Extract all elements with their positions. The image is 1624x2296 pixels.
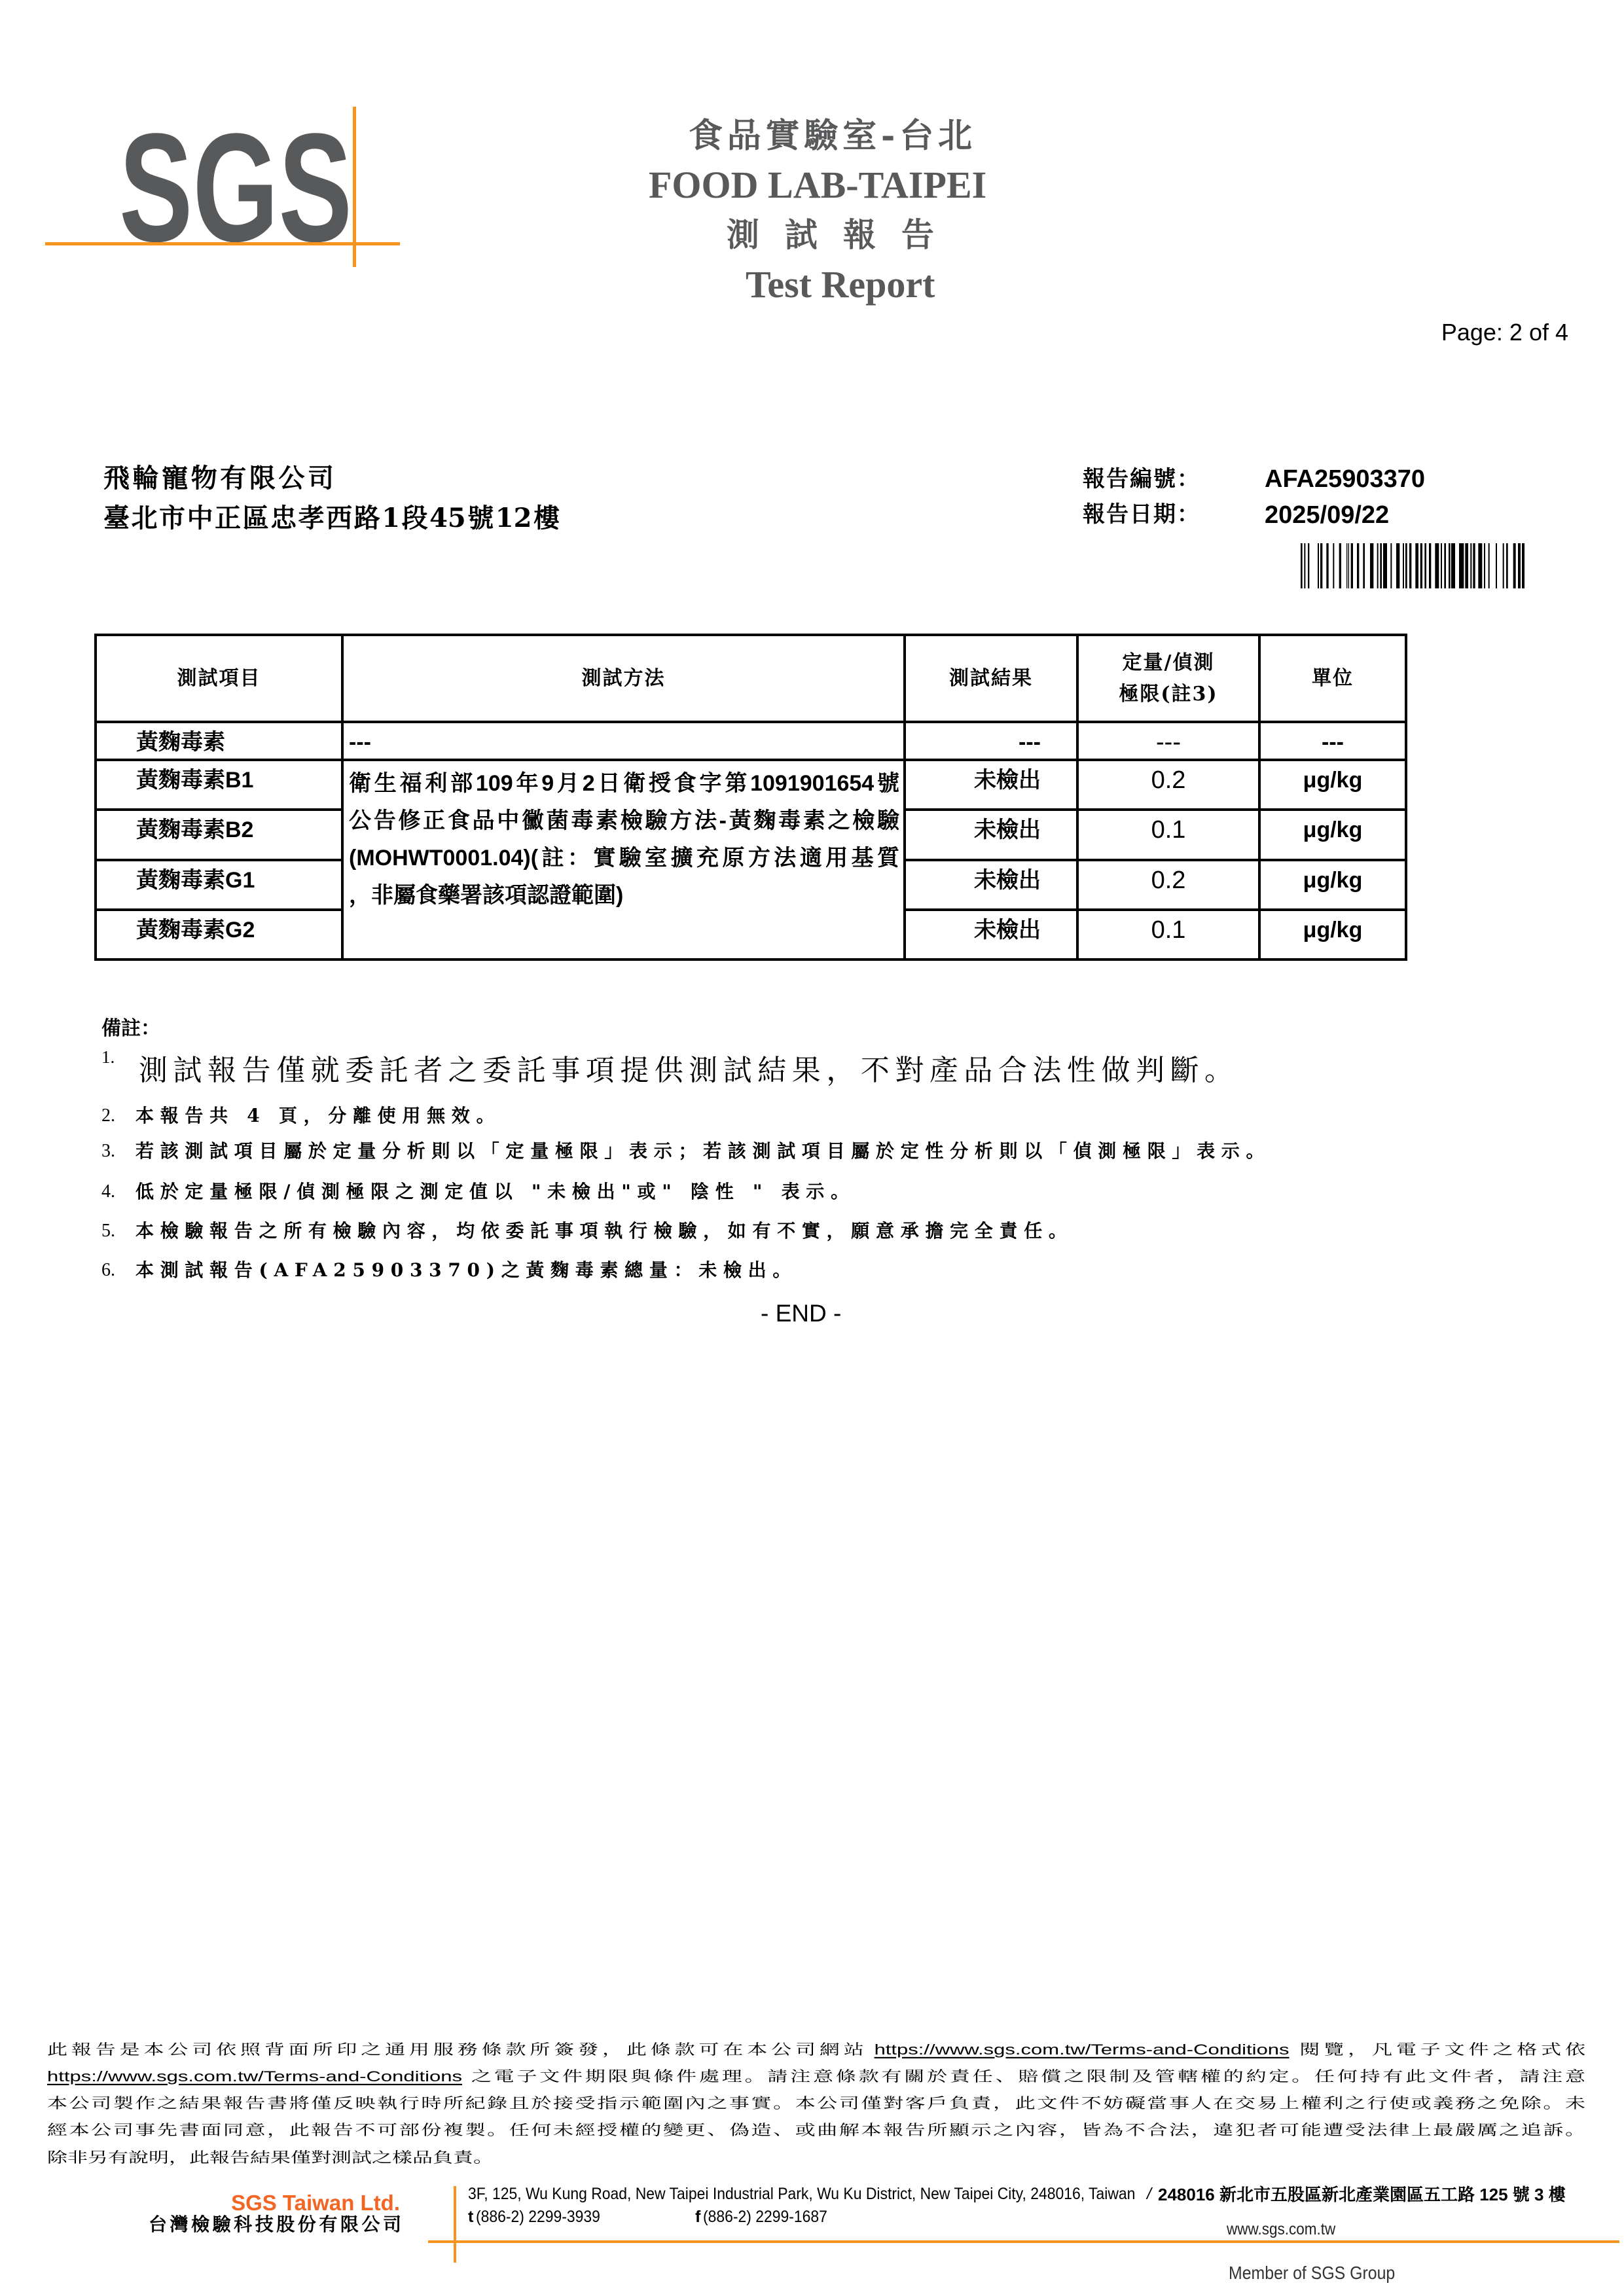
note-number: 2. — [101, 1107, 115, 1125]
disclaimer-line-2: https://www.sgs.com.tw/Terms-and-Conditi… — [47, 2067, 1585, 2087]
cell-limit: --- — [1077, 722, 1259, 760]
disclaimer-text: 此報告是本公司依照背面所印之通用服務條款所簽發，此條款可在本公司網站 — [47, 2041, 868, 2058]
footer-horizontal-rule — [428, 2240, 1619, 2243]
note-text: 本檢驗報告之所有檢驗內容，均依委託事項執行檢驗，如有不實，願意承擔完全責任。 — [135, 1222, 1074, 1240]
method-line: 公告修正食品中黴菌毒素檢驗方法-黃麴毒素之檢驗 — [349, 802, 899, 840]
cell-result: 未檢出 — [905, 760, 1077, 810]
doc-type-en: Test Report — [746, 266, 935, 304]
note-text: 本報告共 4 頁，分離使用無效。 — [135, 1107, 501, 1125]
report-date-label: 報告日期： — [1083, 503, 1199, 526]
cell-item: 黃麴毒素G1 — [96, 860, 342, 910]
cell-unit: --- — [1259, 722, 1406, 760]
phone-number: (886-2) 2299-3939 — [476, 2209, 600, 2225]
cell-item: 黃麴毒素B2 — [96, 810, 342, 860]
member-of-sgs-group: Member of SGS Group — [1229, 2264, 1416, 2282]
address-en-text: 3F, 125, Wu Kung Road, New Taipei Indust… — [468, 2186, 1135, 2202]
header-test-method: 測試方法 — [342, 635, 905, 722]
website[interactable]: www.sgs.com.tw — [1227, 2221, 1348, 2238]
disclaimer-line-5: 除非另有說明，此報告結果僅對測試之樣品負責。 — [47, 2148, 1585, 2168]
fax-label: f — [695, 2208, 700, 2226]
method-line: (MOHWT0001.04)(註：實驗室擴充原方法適用基質 — [349, 840, 899, 877]
address-separator: / — [1147, 2186, 1151, 2202]
note-text: 低於定量極限/偵測極限之測定值以 "未檢出"或" 陰性 " 表示。 — [135, 1183, 856, 1201]
results-table: 測試項目 測試方法 測試結果 定量/偵測 極限(註3) 單位 黃麴毒素 --- … — [94, 634, 1407, 961]
header-test-result: 測試結果 — [905, 635, 1077, 722]
note-number: 6. — [101, 1261, 115, 1280]
note-text: 本測試報告(AFA25903370)之黃麴毒素總量：未檢出。 — [135, 1261, 797, 1280]
logo-wordmark: SGS — [119, 101, 352, 274]
doc-type-zh: 測 試 報 告 — [727, 219, 934, 251]
method-line: ，非屬食藥署該項認證範圍) — [349, 877, 899, 914]
disclaimer-text: 之電子文件期限與條件處理。請注意條款有關於責任、賠償之限制及管轄權的約定。任何持… — [469, 2068, 1585, 2085]
report-date: 2025/09/22 — [1265, 503, 1389, 528]
method-line: 衛生福利部109年9月2日衛授食字第1091901654號 — [349, 765, 899, 802]
footer-vertical-rule — [454, 2186, 456, 2263]
report-number: AFA25903370 — [1265, 467, 1425, 492]
lab-name-en: FOOD LAB-TAIPEI — [649, 166, 986, 204]
note-number: 1. — [101, 1049, 115, 1066]
terms-link[interactable]: https://www.sgs.com.tw/Terms-and-Conditi… — [875, 2041, 1290, 2058]
cell-limit: 0.2 — [1077, 760, 1259, 810]
header-test-item: 測試項目 — [96, 635, 342, 722]
fax-number: (886-2) 2299-1687 — [703, 2209, 827, 2225]
table-row: 黃麴毒素 --- --- --- --- — [96, 722, 1406, 760]
cell-result: 未檢出 — [905, 810, 1077, 860]
header-limit-line1: 定量/偵測 — [1079, 647, 1258, 679]
header-detection-limit: 定量/偵測 極限(註3) — [1077, 635, 1259, 722]
cell-unit: μg/kg — [1259, 860, 1406, 910]
note-number: 3. — [101, 1142, 115, 1160]
note-text: 若該測試項目屬於定量分析則以「定量極限」表示；若該測試項目屬於定性分析則以「偵測… — [135, 1142, 1271, 1160]
cell-item: 黃麴毒素B1 — [96, 760, 342, 810]
cell-unit: μg/kg — [1259, 810, 1406, 860]
terms-link[interactable]: https://www.sgs.com.tw/Terms-and-Conditi… — [47, 2068, 462, 2085]
logo-horizontal-rule — [45, 242, 400, 245]
table-row: 黃麴毒素B1 衛生福利部109年9月2日衛授食字第1091901654號 公告修… — [96, 760, 1406, 810]
cell-item: 黃麴毒素 — [96, 722, 342, 760]
client-name: 飛輪寵物有限公司 — [103, 465, 334, 492]
company-name-zh: 台灣檢驗科技股份有限公司 — [149, 2215, 401, 2234]
page-indicator: Page: 2 of 4 — [1372, 321, 1568, 344]
cell-item: 黃麴毒素G2 — [96, 910, 342, 960]
cell-limit: 0.1 — [1077, 810, 1259, 860]
cell-result: --- — [905, 722, 1077, 760]
notes-title: 備註： — [101, 1019, 160, 1039]
cell-limit: 0.2 — [1077, 860, 1259, 910]
report-number-label: 報告編號： — [1083, 468, 1199, 490]
disclaimer-line-3: 本公司製作之結果報告書將僅反映執行時所紀錄且於接受指示範圍內之事實。本公司僅對客… — [47, 2094, 1585, 2113]
cell-unit: μg/kg — [1259, 760, 1406, 810]
phone: t(886-2) 2299-3939 — [468, 2209, 611, 2225]
cell-method-shared: 衛生福利部109年9月2日衛授食字第1091901654號 公告修正食品中黴菌毒… — [342, 760, 905, 960]
note-text: 測試報告僅就委託者之委託事項提供測試結果，不對產品合法性做判斷。 — [139, 1056, 1233, 1085]
header-limit-line2: 極限(註3) — [1079, 679, 1258, 710]
fax: f(886-2) 2299-1687 — [695, 2209, 839, 2225]
cell-limit: 0.1 — [1077, 910, 1259, 960]
cell-unit: μg/kg — [1259, 910, 1406, 960]
cell-method: --- — [342, 722, 905, 760]
client-address: 臺北市中正區忠孝西路1段45號12樓 — [103, 505, 560, 531]
website-text[interactable]: www.sgs.com.tw — [1227, 2221, 1335, 2238]
note-number: 5. — [101, 1222, 115, 1240]
cell-result: 未檢出 — [905, 910, 1077, 960]
address-zh: 248016 新北市五股區新北產業園區五工路 125 號 3 樓 — [1158, 2186, 1566, 2203]
disclaimer-line-4: 經本公司事先書面同意，此報告不可部份複製。任何未經授權的變更、偽造、或曲解本報告… — [47, 2121, 1585, 2140]
logo-vertical-rule — [353, 107, 356, 267]
address-en: 3F, 125, Wu Kung Road, New Taipei Indust… — [468, 2186, 1196, 2202]
report-page: SGS 食品實驗室-台北 FOOD LAB-TAIPEI 測 試 報 告 Tes… — [0, 0, 1624, 2296]
table-header-row: 測試項目 測試方法 測試結果 定量/偵測 極限(註3) 單位 — [96, 635, 1406, 722]
member-text: Member of SGS Group — [1229, 2264, 1395, 2282]
company-name-en: SGS Taiwan Ltd. — [196, 2192, 400, 2214]
phone-label: t — [468, 2208, 473, 2226]
disclaimer-line-1: 此報告是本公司依照背面所印之通用服務條款所簽發，此條款可在本公司網站https:… — [47, 2040, 1585, 2060]
disclaimer-text: 閱覽，凡電子文件之格式依 — [1296, 2041, 1585, 2058]
note-number: 4. — [101, 1183, 115, 1201]
cell-result: 未檢出 — [905, 860, 1077, 910]
header-unit: 單位 — [1259, 635, 1406, 722]
barcode — [1301, 543, 1525, 588]
end-marker: - END - — [761, 1301, 841, 1325]
lab-name-zh: 食品實驗室-台北 — [689, 119, 972, 153]
sgs-logo: SGS — [0, 0, 458, 295]
